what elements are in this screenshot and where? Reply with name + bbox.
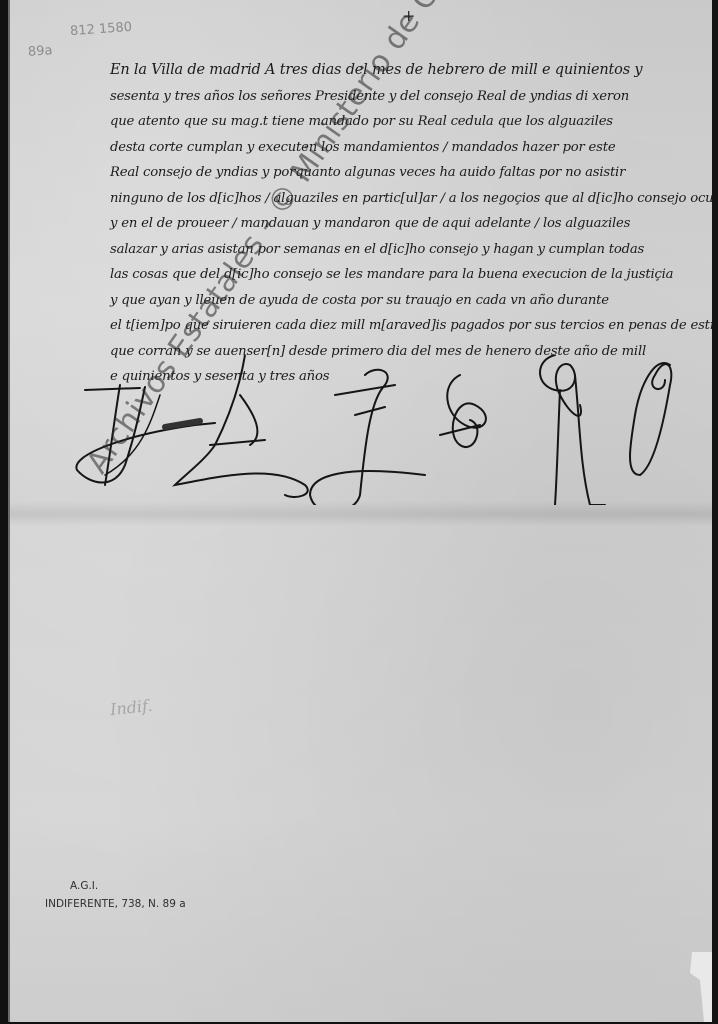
torn-corner bbox=[676, 952, 716, 1022]
text-line: sesenta y tres años los señores Presiden… bbox=[110, 84, 710, 110]
text-line: Real consejo de yndias y porquanto algun… bbox=[110, 160, 710, 186]
signature-4 bbox=[440, 375, 486, 447]
text-line: y en el de proueer / mandauan y mandaron… bbox=[110, 211, 710, 237]
signature-5 bbox=[540, 355, 605, 505]
text-line: salazar y arias asistan por semanas en e… bbox=[110, 237, 710, 263]
text-line: En la Villa de madrid A tres dias del me… bbox=[110, 58, 710, 84]
archive-stamp-line-2: INDIFERENTE, 738, N. 89 a bbox=[45, 898, 186, 910]
manuscript-page: 812 1580 89a + En la Villa de madrid A t… bbox=[8, 0, 716, 1022]
signature-6 bbox=[630, 363, 671, 475]
faint-margin-note: Indif. bbox=[109, 696, 153, 719]
archive-pencil-folio: 89a bbox=[28, 43, 54, 60]
text-line: las cosas que del d[ic]ho consejo se les… bbox=[110, 262, 710, 288]
text-line: desta corte cumplan y executen los manda… bbox=[110, 135, 710, 161]
text-line: que atento que su mag.t tiene mandado po… bbox=[110, 109, 710, 135]
signature-3 bbox=[310, 370, 425, 505]
text-line: ninguno de los d[ic]hos / alguaziles en … bbox=[110, 186, 710, 212]
archive-stamp-line-1: A.G.I. bbox=[70, 880, 98, 892]
scan-border bbox=[712, 0, 718, 1024]
archive-pencil-number: 812 1580 bbox=[70, 20, 133, 39]
